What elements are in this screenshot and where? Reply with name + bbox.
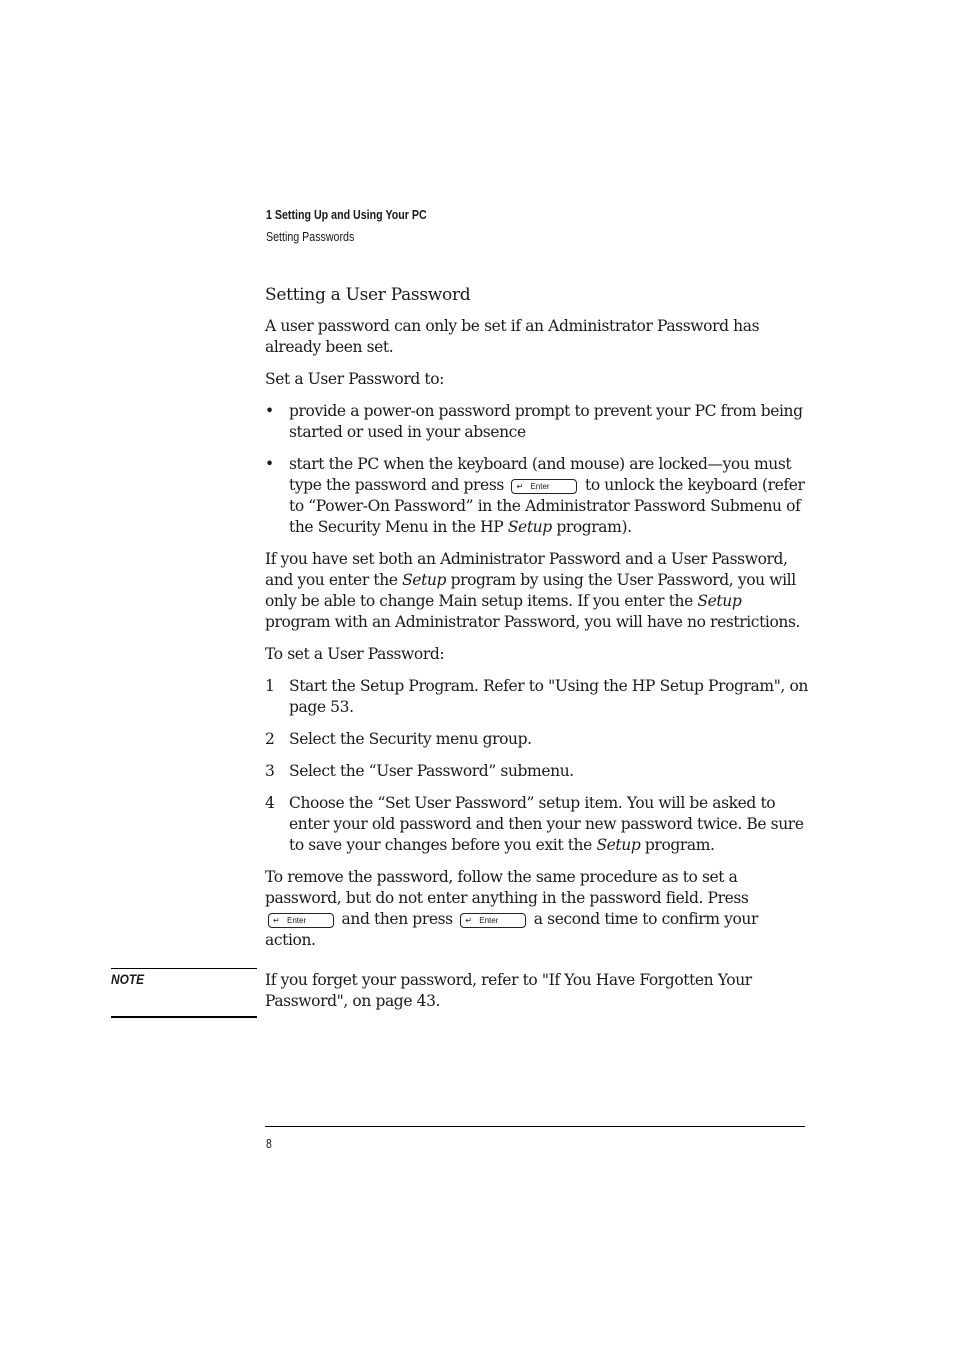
return-arrow-icon: ↵ bbox=[273, 914, 280, 927]
both-passwords-paragraph: If you have set both an Administrator Pa… bbox=[265, 549, 810, 633]
setup-italic: Setup bbox=[596, 836, 640, 854]
text: To remove the password, follow the same … bbox=[265, 868, 748, 907]
note-text: If you forget your password, refer to "I… bbox=[265, 970, 810, 1012]
text: and then press bbox=[342, 910, 453, 928]
enter-key-icon: ↵Enter bbox=[511, 479, 577, 494]
enter-key-icon: ↵Enter bbox=[460, 913, 526, 928]
section-title: Setting a User Password bbox=[265, 285, 810, 306]
enter-key-icon: ↵Enter bbox=[268, 913, 334, 928]
bullet-item: • start the PC when the keyboard (and mo… bbox=[265, 454, 810, 538]
text: program with an Administrator Password, … bbox=[265, 613, 800, 631]
step-item: 2 Select the Security menu group. bbox=[265, 729, 810, 750]
return-arrow-icon: ↵ bbox=[465, 914, 472, 927]
step-item: 3 Select the “User Password” submenu. bbox=[265, 761, 810, 782]
key-label: Enter bbox=[287, 914, 306, 927]
step-item: 1 Start the Setup Program. Refer to "Usi… bbox=[265, 676, 810, 718]
step-text: Select the “User Password” submenu. bbox=[289, 762, 574, 780]
page-number: 8 bbox=[266, 1136, 272, 1151]
setup-italic: Setup bbox=[697, 592, 741, 610]
setup-italic: Setup bbox=[508, 518, 552, 536]
bullet-marker: • bbox=[265, 454, 274, 475]
step-number: 2 bbox=[265, 729, 274, 750]
step-text: program. bbox=[645, 836, 715, 854]
bullet-text: program). bbox=[556, 518, 631, 536]
bullet-item: • provide a power-on password prompt to … bbox=[265, 401, 810, 443]
main-content: Setting a User Password A user password … bbox=[265, 285, 810, 962]
step-text: Choose the “Set User Password” setup ite… bbox=[289, 794, 804, 854]
remove-paragraph: To remove the password, follow the same … bbox=[265, 867, 810, 951]
intro-paragraph: A user password can only be set if an Ad… bbox=[265, 316, 810, 358]
note-rule-bottom bbox=[111, 1016, 257, 1018]
chapter-header: 1 Setting Up and Using Your PC bbox=[266, 207, 427, 222]
step-text: Select the Security menu group. bbox=[289, 730, 532, 748]
step-number: 3 bbox=[265, 761, 274, 782]
step-item: 4 Choose the “Set User Password” setup i… bbox=[265, 793, 810, 856]
key-label: Enter bbox=[530, 480, 549, 493]
setup-italic: Setup bbox=[402, 571, 446, 589]
bullet-marker: • bbox=[265, 401, 274, 422]
note-label: NOTE bbox=[111, 971, 144, 987]
footer-rule bbox=[265, 1126, 805, 1127]
step-number: 4 bbox=[265, 793, 274, 814]
step-text: Start the Setup Program. Refer to "Using… bbox=[289, 677, 808, 716]
bullet-text: provide a power-on password prompt to pr… bbox=[289, 402, 803, 441]
section-header: Setting Passwords bbox=[266, 229, 354, 244]
step-number: 1 bbox=[265, 676, 274, 697]
return-arrow-icon: ↵ bbox=[516, 480, 523, 493]
key-label: Enter bbox=[479, 914, 498, 927]
to-set-paragraph: To set a User Password: bbox=[265, 644, 810, 665]
set-to-paragraph: Set a User Password to: bbox=[265, 369, 810, 390]
note-rule-top bbox=[111, 968, 257, 969]
